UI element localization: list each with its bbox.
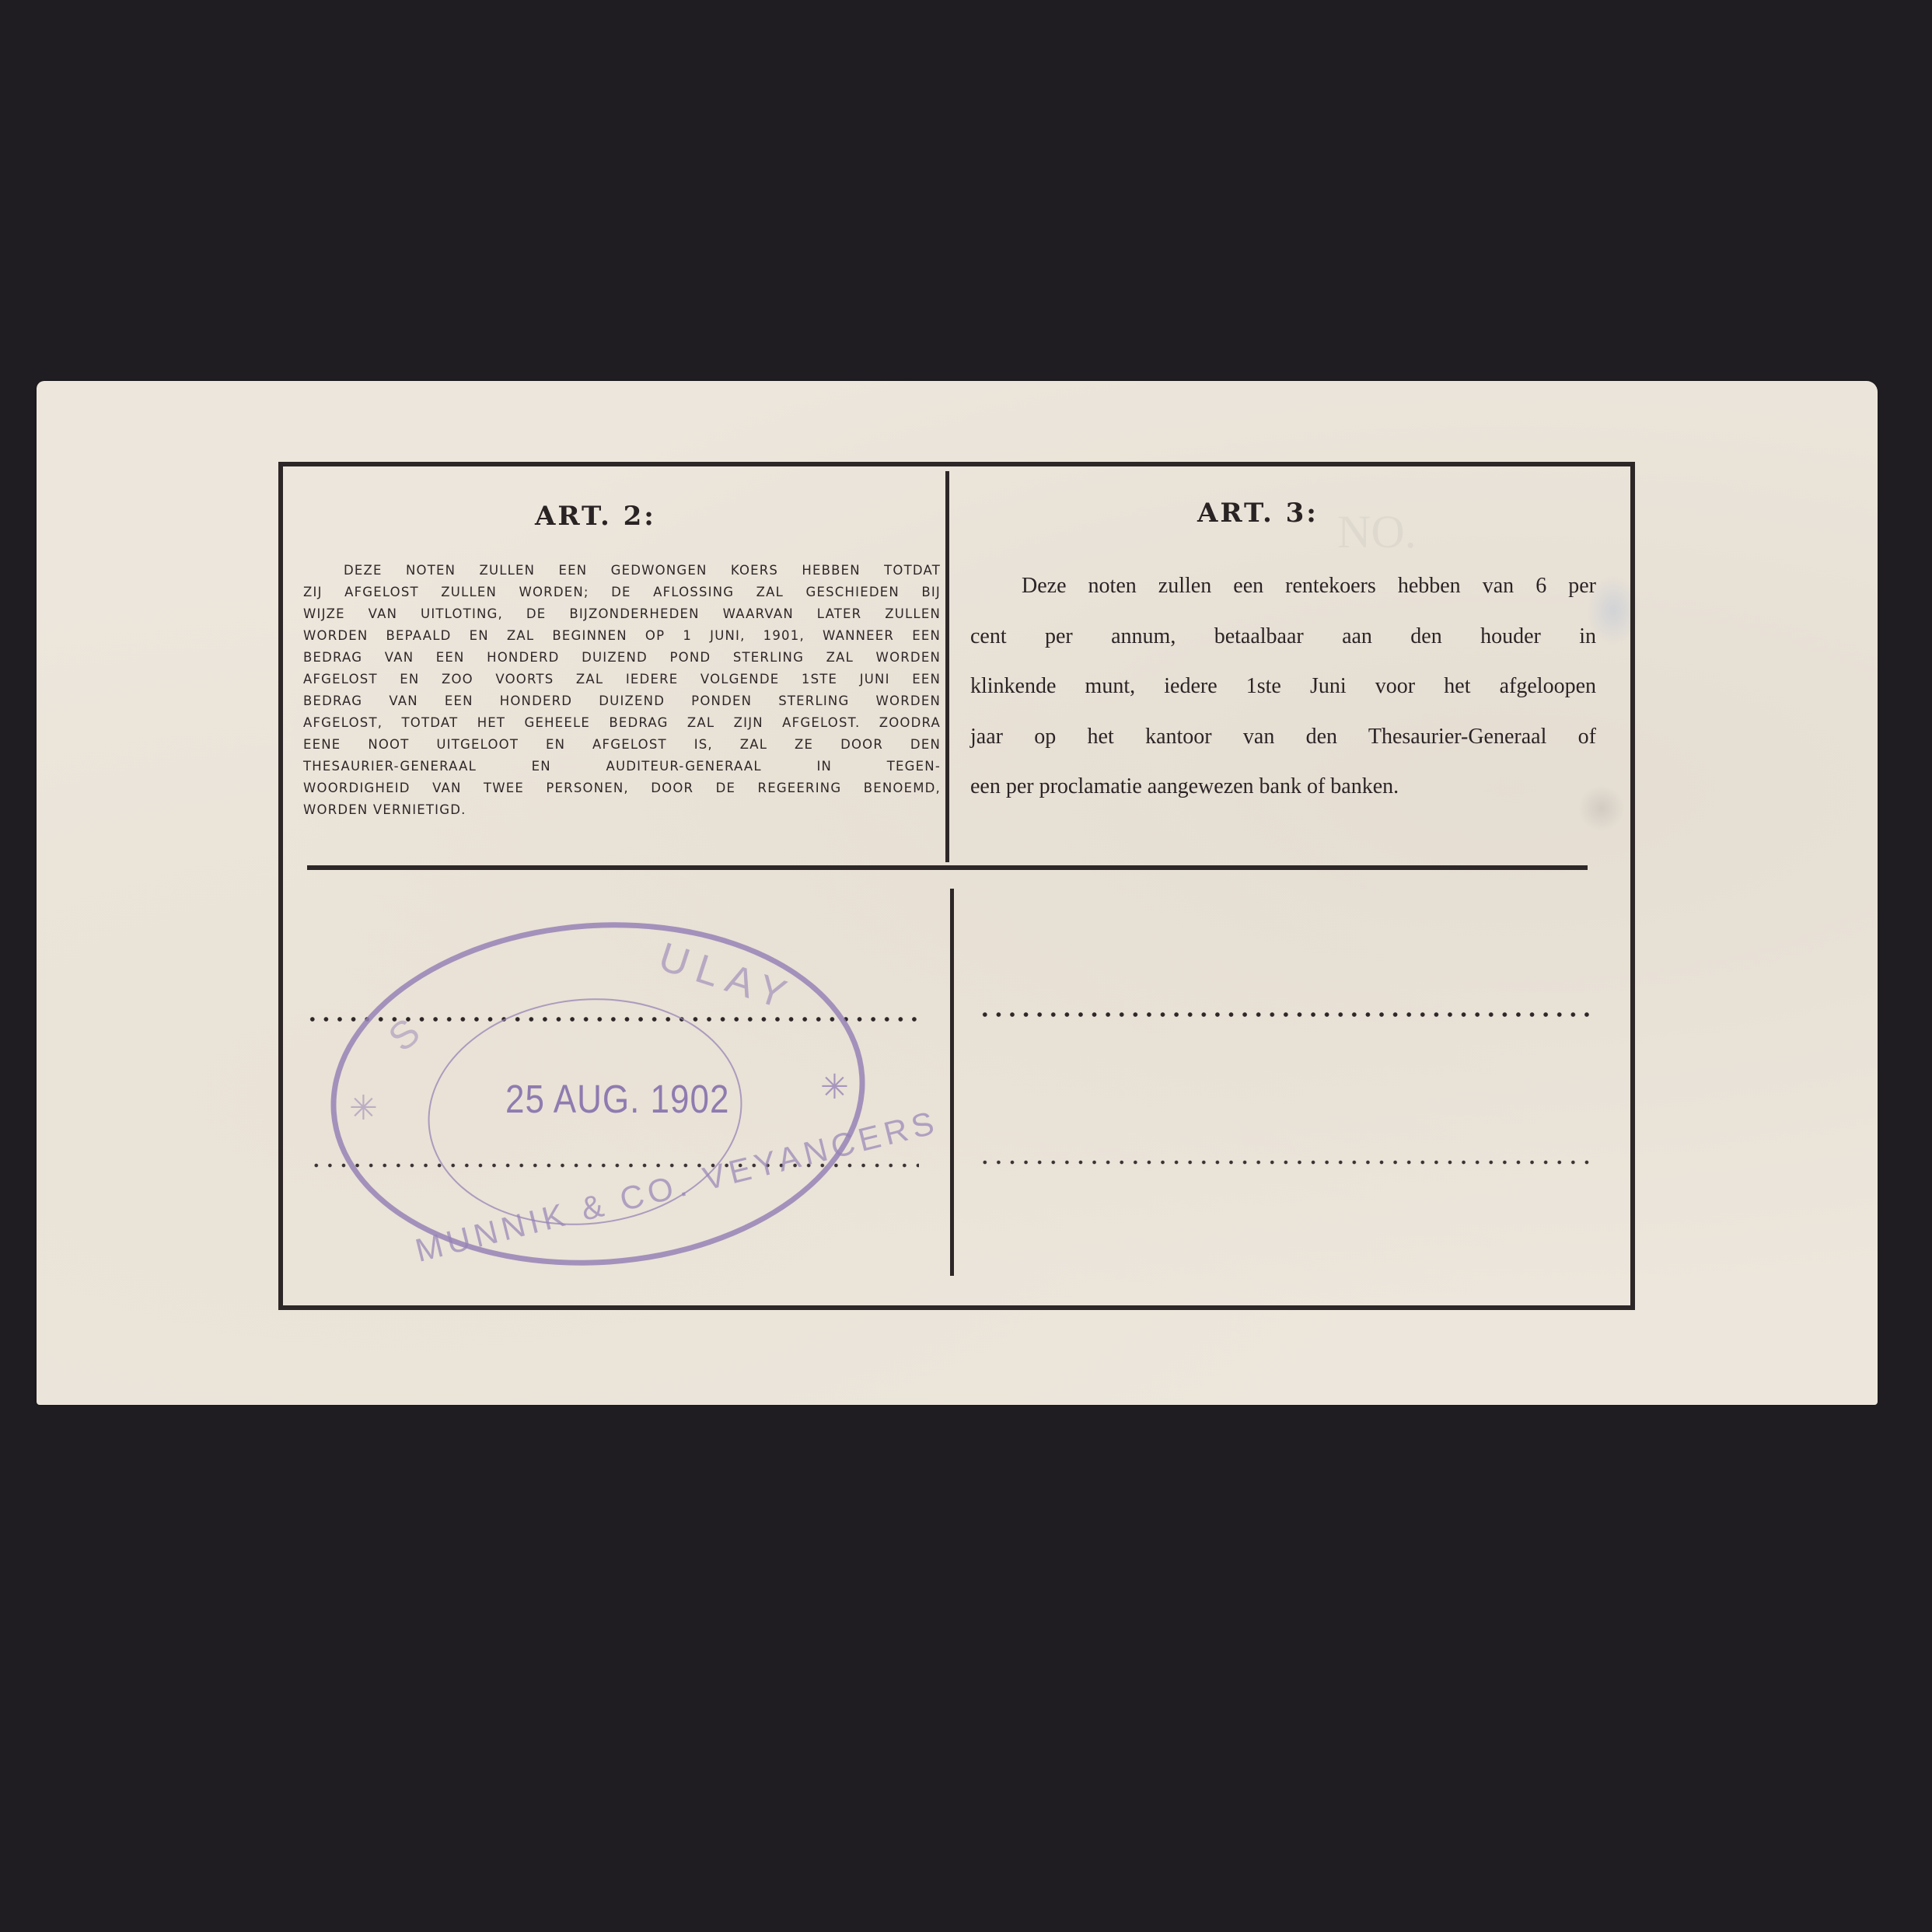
art2-heading: ART. 2: bbox=[535, 501, 656, 532]
art3-line: klinkende munt, iedere 1ste Juni voor he… bbox=[970, 662, 1596, 712]
column-divider-top bbox=[945, 471, 949, 862]
art3-heading: ART. 3: bbox=[1197, 498, 1319, 529]
section-divider bbox=[307, 865, 1588, 870]
art2-line: bedrag van een honderd duizend pond ster… bbox=[303, 647, 941, 669]
art2-line: worden bepaald en zal beginnen op 1 Juni… bbox=[303, 625, 941, 647]
art2-line: woordigheid van twee personen, door de R… bbox=[303, 777, 941, 799]
art3-text: Deze noten zullen een rentekoers hebben … bbox=[970, 561, 1596, 812]
art2-line: bedrag van een honderd duizend ponden st… bbox=[303, 690, 941, 712]
art2-line: Deze noten zullen een gedwongen koers he… bbox=[303, 560, 941, 582]
oval-date-stamp: ULAY S ✳ ✳ 25 AUG. 1902 MUNNIK & CO. VEY… bbox=[330, 923, 875, 1277]
art2-line: wijze van uitloting, de bijzonderheden w… bbox=[303, 603, 941, 625]
art3-line: Deze noten zullen een rentekoers hebben … bbox=[970, 561, 1596, 612]
show-through-print: NO. bbox=[1337, 505, 1417, 559]
art2-line: worden vernietigd. bbox=[303, 799, 941, 821]
stamp-date: 25 AUG. 1902 bbox=[505, 1078, 729, 1123]
art2-line: Thesaurier-Generaal en Auditeur-Generaal… bbox=[303, 756, 941, 777]
frame-border-right bbox=[1630, 462, 1635, 1310]
star-icon: ✳ bbox=[820, 1067, 849, 1107]
art3-line: cent per annum, betaalbaar aan den houde… bbox=[970, 612, 1596, 662]
signature-dotted-line-right-1 bbox=[978, 1012, 1596, 1017]
frame-border-top bbox=[280, 462, 1634, 466]
art3-line: een per proclamatie aangewezen bank of b… bbox=[970, 762, 1596, 812]
art2-line: afgelost, totdat het geheele bedrag zal … bbox=[303, 712, 941, 734]
frame-border-bottom bbox=[280, 1305, 1634, 1310]
column-divider-bottom bbox=[950, 889, 954, 1276]
art3-line: jaar op het kantoor van den Thesaurier-G… bbox=[970, 712, 1596, 763]
signature-dotted-line-right-2 bbox=[978, 1160, 1596, 1165]
star-icon: ✳ bbox=[349, 1088, 378, 1128]
art2-text: Deze noten zullen een gedwongen koers he… bbox=[303, 560, 941, 821]
art2-line: zij afgelost zullen worden; de aflossing… bbox=[303, 582, 941, 603]
art2-line: afgelost en zoo voorts zal iedere volgen… bbox=[303, 669, 941, 690]
art2-line: eene noot uitgeloot en afgelost is, zal … bbox=[303, 734, 941, 756]
frame-border-left bbox=[278, 462, 283, 1310]
banknote-paper bbox=[37, 381, 1878, 1405]
